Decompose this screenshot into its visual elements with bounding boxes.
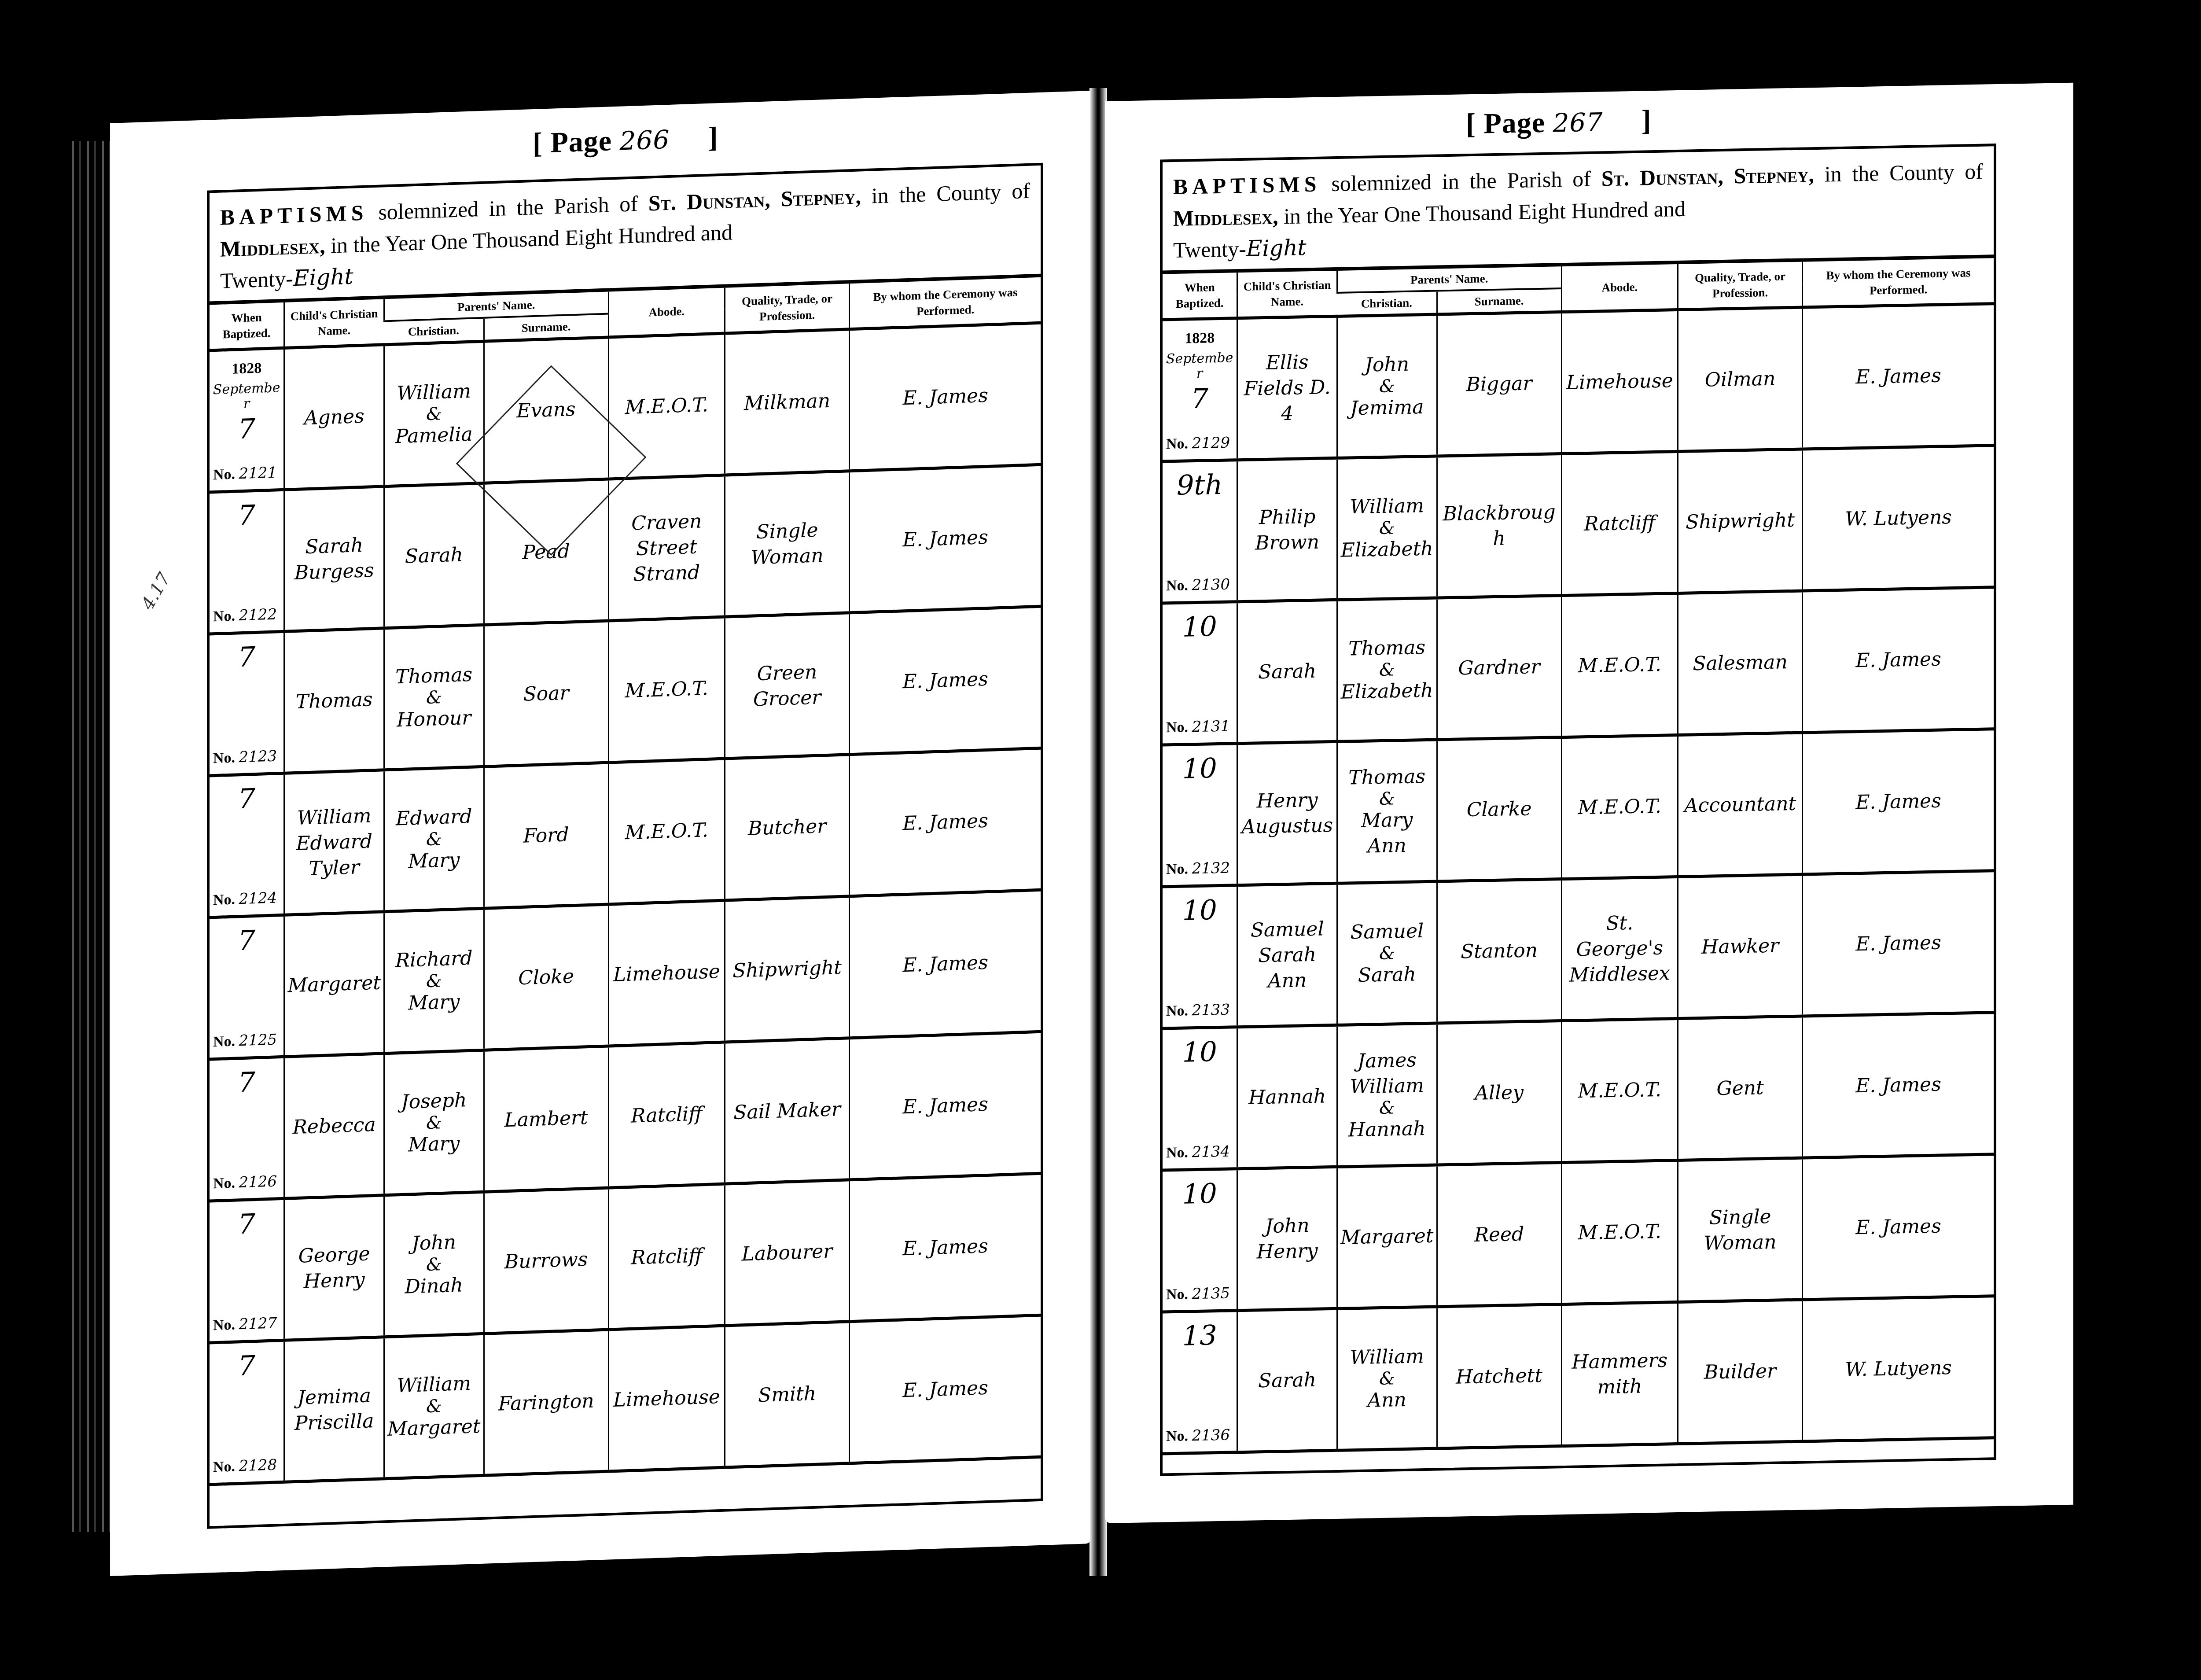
entry-number-value: 2134 [1192, 1143, 1230, 1161]
ampersand: & [386, 829, 482, 850]
cell-when: 7No. 2124 [210, 773, 284, 917]
cell-surname: Biggar [1437, 312, 1561, 456]
page-number-value: 267 [1553, 107, 1603, 138]
ampersand: & [386, 1396, 482, 1417]
entry-day: 7 [211, 1347, 282, 1385]
baptism-entry: 10No. 2131SarahThomas&ElizabethGardnerM.… [1163, 587, 1994, 745]
cell-when: 10No. 2132 [1163, 744, 1237, 887]
cell-by-whom: E. James [850, 606, 1041, 754]
page-label: [ Page [533, 125, 612, 159]
heading-year-handwritten: Eight [1246, 235, 1307, 262]
baptism-entry: 7No. 2126RebeccaJoseph&MaryLambertRatcli… [210, 1032, 1041, 1201]
entry-day: 10 [1164, 892, 1235, 928]
cell-by-whom: E. James [850, 464, 1041, 612]
entry-number: No. 2130 [1166, 572, 1230, 599]
ampersand: & [386, 1113, 482, 1133]
father-name: John [1365, 353, 1409, 376]
cell-when: 13No. 2136 [1163, 1311, 1237, 1454]
cell-when: 7No. 2127 [210, 1198, 284, 1343]
cell-surname: Pead [484, 479, 608, 625]
right-page: [ Page 267 ] BAPTISMS solemnized in the … [1105, 83, 2073, 1523]
baptism-entry: 7No. 2128Jemima PriscillaWilliam&Margare… [210, 1315, 1041, 1485]
col-quality: Quality, Trade, or Profession. [1678, 262, 1803, 310]
cell-when: 9thNo. 2130 [1163, 460, 1237, 603]
cell-child: John Henry [1237, 1167, 1337, 1310]
father-name: William [397, 379, 471, 405]
entry-day: 7 [211, 780, 282, 818]
entry-day: 7 [211, 1064, 282, 1101]
cell-surname: Blackbrough [1437, 454, 1561, 598]
cell-child: Henry Augustus [1237, 741, 1337, 885]
page-bracket: ] [708, 121, 718, 154]
cell-abode: M.E.O.T. [1561, 735, 1678, 879]
entry-number-value: 2135 [1192, 1285, 1230, 1303]
baptism-table: When Baptized. Child's Christian Name. P… [1163, 258, 1994, 1455]
heading-text: in the Year One Thousand Eight Hundred a… [1284, 196, 1686, 229]
cell-abode: Limehouse [1561, 310, 1678, 454]
entry-number-value: 2129 [1192, 434, 1230, 453]
entry-day: 10 [1164, 1034, 1235, 1070]
mother-name: Margaret [1340, 1224, 1433, 1249]
baptism-entry: 7No. 2127George HenryJohn&DinahBurrowsRa… [210, 1173, 1041, 1343]
register-table-right: BAPTISMS solemnized in the Parish of St.… [1160, 144, 1996, 1476]
cell-quality: Sail Maker [725, 1038, 850, 1184]
col-parents-surname: Surname. [484, 313, 608, 341]
entry-day: 10 [1164, 750, 1235, 787]
cell-surname: Hatchett [1437, 1304, 1561, 1448]
cell-when: 7No. 2123 [210, 631, 284, 776]
mother-name: Margaret [387, 1415, 480, 1441]
entry-number-value: 2132 [1192, 859, 1230, 878]
cell-surname: Stanton [1437, 879, 1561, 1023]
cell-quality: Single Woman [1678, 1158, 1803, 1302]
col-child-name: Child's Christian Name. [1237, 271, 1337, 318]
cell-parents-christian: William&Margaret [384, 1334, 484, 1479]
cell-quality: Shipwright [725, 896, 850, 1042]
entry-number: No. 2134 [1166, 1139, 1230, 1166]
baptism-entry: 10No. 2133Samuel Sarah AnnSamuel&SarahSt… [1163, 871, 1994, 1028]
father-name: Samuel [1350, 920, 1424, 943]
baptism-entry: 13No. 2136SarahWilliam&AnnHatchettHammer… [1163, 1296, 1994, 1454]
cell-when: 10No. 2134 [1163, 1027, 1237, 1170]
cell-parents-christian: James William&Hannah [1337, 1023, 1437, 1167]
baptism-entry: 1828September7No. 2129Ellis Fields D. 4J… [1163, 304, 1994, 461]
entry-number: No. 2133 [1166, 997, 1230, 1024]
entry-number-value: 2127 [239, 1314, 277, 1333]
cell-quality: Smith [725, 1322, 850, 1467]
left-page: [ Page 266 ] BAPTISMS solemnized in the … [110, 91, 1092, 1576]
entry-number-value: 2136 [1192, 1426, 1230, 1445]
entry-number: No. 2135 [1166, 1281, 1230, 1308]
mother-name: Mary Ann [1361, 808, 1413, 857]
cell-parents-christian: William&Ann [1337, 1307, 1437, 1450]
heading-text: in the [1825, 161, 1879, 186]
mother-name: Ann [1368, 1388, 1406, 1411]
heading-baptisms: BAPTISMS [220, 200, 368, 230]
mother-name: Elizabeth [1341, 679, 1433, 703]
entry-number-value: 2133 [1192, 1001, 1230, 1020]
entry-day: 9th [1164, 467, 1235, 503]
heading-text: in the Year One Thousand Eight Hundred a… [331, 220, 732, 258]
entry-number: No. 2122 [213, 601, 277, 630]
ampersand: & [386, 687, 482, 708]
cell-parents-christian: John&Dinah [384, 1192, 484, 1337]
heading-text: in the [872, 182, 926, 208]
heading-year-prefix: Twenty- [1173, 236, 1246, 262]
page-label: [ Page [1466, 107, 1545, 140]
cell-surname: Gardner [1437, 596, 1561, 740]
ampersand: & [386, 971, 482, 991]
ampersand: & [386, 404, 482, 424]
heading-county: Middlesex, [1173, 204, 1278, 231]
cell-child: Philip Brown [1237, 458, 1337, 601]
baptism-entry: 7No. 2124William Edward TylerEdward&Mary… [210, 748, 1041, 917]
cell-abode: Ratcliff [1561, 452, 1678, 596]
col-abode: Abode. [608, 288, 725, 337]
cell-abode: Craven Street Strand [608, 475, 725, 621]
page-bracket: ] [1642, 104, 1652, 136]
cell-child: Sarah [1237, 600, 1337, 743]
father-name: William [1350, 1345, 1424, 1369]
entry-day: 7 [211, 497, 282, 534]
baptism-entry: 10No. 2135John Henry&MargaretReedM.E.O.T… [1163, 1154, 1994, 1312]
cell-when: 10No. 2131 [1163, 602, 1237, 745]
entry-day: 13 [1164, 1317, 1235, 1354]
cell-abode: Limehouse [608, 900, 725, 1046]
ampersand: & [1340, 518, 1435, 538]
cell-abode: Ratcliff [608, 1184, 725, 1330]
cell-child: William Edward Tyler [284, 770, 384, 915]
cell-when: 7No. 2125 [210, 915, 284, 1059]
entry-number-value: 2121 [239, 464, 277, 483]
entry-number: No. 2126 [213, 1168, 277, 1197]
father-name: William [1350, 494, 1424, 518]
entry-number: No. 2132 [1166, 855, 1230, 883]
cell-by-whom: E. James [1803, 1154, 1994, 1300]
entry-number-value: 2131 [1192, 718, 1230, 736]
cell-quality: Shipwright [1678, 449, 1803, 593]
cell-child: Thomas [284, 628, 384, 774]
cell-by-whom: E. James [850, 1173, 1041, 1321]
cell-quality: Builder [1678, 1300, 1803, 1444]
entry-number: No. 2136 [1166, 1422, 1230, 1450]
cell-when: 10No. 2135 [1163, 1169, 1237, 1312]
cell-parents-christian: William&Pamelia [384, 341, 484, 486]
father-name: Joseph [401, 1089, 467, 1113]
cell-by-whom: E. James [850, 1032, 1041, 1179]
cell-quality: Butcher [725, 755, 850, 900]
cell-when: 1828September7No. 2121 [210, 348, 284, 492]
father-name: Thomas [395, 663, 472, 688]
heading-text: solemnized in the Parish of [1331, 166, 1590, 196]
cell-abode: M.E.O.T. [1561, 593, 1678, 737]
heading-parish: St. Dunstan, Stepney, [648, 184, 861, 215]
cell-when: 7No. 2126 [210, 1057, 284, 1201]
entry-day: 10 [1164, 608, 1235, 645]
mother-name: Pamelia [395, 423, 473, 448]
cell-surname: Reed [1437, 1163, 1561, 1307]
cell-surname: Ford [484, 763, 608, 908]
cell-parents-christian: Samuel&Sarah [1337, 881, 1437, 1025]
heading-baptisms: BAPTISMS [1173, 172, 1321, 199]
cell-parents-christian: &Sarah [384, 483, 484, 628]
cell-by-whom: E. James [1803, 587, 1994, 733]
col-quality: Quality, Trade, or Profession. [725, 284, 850, 333]
cell-quality: Gent [1678, 1016, 1803, 1160]
entry-day: 7 [211, 1205, 282, 1243]
entry-number: No. 2124 [213, 885, 277, 913]
entry-month: September [1164, 350, 1235, 382]
cell-child: Ellis Fields D. 4 [1237, 316, 1337, 460]
cell-parents-christian: Richard&Mary [384, 908, 484, 1054]
entry-number: No. 2127 [213, 1310, 277, 1338]
cell-parents-christian: Thomas&Elizabeth [1337, 598, 1437, 741]
mother-name: Sarah [1358, 963, 1416, 987]
baptism-entry: 7No. 2123ThomasThomas&HonourSoarM.E.O.T.… [210, 606, 1041, 776]
cell-quality: Single Woman [725, 471, 850, 617]
entry-day: 7 [211, 638, 282, 676]
entry-day: 7 [211, 922, 282, 959]
mother-name: Hannah [1348, 1117, 1426, 1141]
cell-parents-christian: William&Elizabeth [1337, 456, 1437, 600]
cell-child: Agnes [284, 345, 384, 490]
col-abode: Abode. [1561, 264, 1678, 312]
cell-when: 7No. 2122 [210, 490, 284, 634]
mother-name: Honour [397, 706, 471, 731]
heading-county: Middlesex, [220, 233, 325, 262]
entry-day: 7 [211, 410, 282, 448]
heading-text: County of [936, 178, 1030, 206]
cell-child: George Henry [284, 1195, 384, 1341]
page-number-right: [ Page 267 ] [1466, 104, 1652, 141]
baptism-entry: 1828September7No. 2121AgnesWilliam&Pamel… [210, 323, 1041, 492]
cell-abode: M.E.O.T. [1561, 1019, 1678, 1163]
col-by-whom: By whom the Ceremony was Performed. [1803, 258, 1994, 307]
cell-child: Jemima Priscilla [284, 1337, 384, 1482]
cell-child: Hannah [1237, 1025, 1337, 1168]
cell-when: 1828September7No. 2129 [1163, 318, 1237, 461]
mother-name: Sarah [405, 543, 463, 567]
cell-parents-christian: Joseph&Mary [384, 1050, 484, 1195]
col-when-baptized: When Baptized. [1163, 273, 1237, 320]
register-table-left: BAPTISMS solemnized in the Parish of St.… [207, 163, 1043, 1529]
cell-child: Sarah [1237, 1308, 1337, 1452]
cell-abode: St. George's Middlesex [1561, 877, 1678, 1021]
cell-abode: M.E.O.T. [608, 759, 725, 904]
cell-parents-christian: Edward&Mary [384, 766, 484, 912]
cell-quality: Labourer [725, 1180, 850, 1326]
cell-by-whom: W. Lutyens [1803, 1296, 1994, 1441]
col-by-whom: By whom the Ceremony was Performed. [850, 277, 1041, 329]
cell-surname: Alley [1437, 1021, 1561, 1165]
entry-number: No. 2125 [213, 1027, 277, 1055]
cell-abode: Limehouse [608, 1326, 725, 1471]
cell-surname: Evans [484, 337, 608, 483]
cell-child: Samuel Sarah Ann [1237, 883, 1337, 1027]
cell-by-whom: E. James [850, 323, 1041, 471]
entry-day: 10 [1164, 1175, 1235, 1212]
mother-name: Elizabeth [1341, 537, 1433, 561]
entry-number: No. 2129 [1166, 430, 1230, 457]
cell-quality: Salesman [1678, 591, 1803, 735]
cell-abode: Ratcliff [608, 1042, 725, 1188]
cell-parents-christian: John&Jemima [1337, 314, 1437, 458]
cell-surname: Lambert [484, 1046, 608, 1192]
mother-name: Dinah [405, 1274, 463, 1298]
page-number-value: 266 [620, 125, 670, 156]
baptism-entry: 7No. 2125MargaretRichard&MaryClokeLimeho… [210, 890, 1041, 1059]
cell-quality: Milkman [725, 329, 850, 475]
entry-number-value: 2123 [239, 747, 277, 766]
cell-parents-christian: Thomas&Mary Ann [1337, 740, 1437, 883]
baptism-entry: 7No. 2122Sarah Burgess&SarahPeadCraven S… [210, 464, 1041, 634]
father-name: James William [1350, 1049, 1424, 1098]
baptism-entry: 10No. 2134HannahJames William&HannahAlle… [1163, 1013, 1994, 1170]
mother-name: Jemima [1350, 396, 1424, 420]
cell-by-whom: E. James [1803, 304, 1994, 449]
mother-name: Mary [408, 848, 460, 873]
baptism-entry: 10No. 2132Henry AugustusThomas&Mary AnnC… [1163, 729, 1994, 887]
entry-number: No. 2121 [213, 460, 277, 488]
ampersand: & [1340, 1369, 1435, 1388]
cell-quality: Hawker [1678, 874, 1803, 1018]
entry-number-value: 2125 [239, 1031, 277, 1050]
entry-day: 7 [1164, 380, 1235, 417]
entry-number: No. 2131 [1166, 714, 1230, 741]
entry-year: 1828 [211, 355, 282, 383]
heading-text: solemnized in the Parish of [378, 191, 637, 225]
cell-when: 10No. 2133 [1163, 885, 1237, 1028]
cell-when: 7No. 2128 [210, 1340, 284, 1485]
entry-number-value: 2124 [239, 889, 277, 908]
father-name: Thomas [1348, 636, 1425, 660]
cell-child: Sarah Burgess [284, 486, 384, 632]
ampersand: & [386, 1254, 482, 1275]
cell-abode: M.E.O.T. [608, 617, 725, 763]
cell-by-whom: E. James [1803, 729, 1994, 874]
cell-surname: Burrows [484, 1188, 608, 1334]
father-name: John [412, 1231, 456, 1254]
heading-year-handwritten: Eight [293, 264, 353, 291]
ampersand: & [1340, 789, 1435, 808]
col-parents-christian: Christian. [1337, 291, 1437, 317]
father-name: Richard [395, 947, 473, 972]
ampersand: & [1340, 943, 1435, 963]
ampersand: & [1340, 660, 1435, 679]
col-child-name: Child's Christian Name. [284, 299, 384, 348]
heading-text: County of [1889, 159, 1983, 185]
cell-by-whom: E. James [1803, 871, 1994, 1016]
heading-parish: St. Dunstan, Stepney, [1601, 162, 1814, 191]
cell-surname: Soar [484, 621, 608, 766]
cell-parents-christian: Thomas&Honour [384, 625, 484, 770]
col-when-baptized: When Baptized. [210, 302, 284, 350]
cell-surname: Clarke [1437, 737, 1561, 881]
cell-child: Rebecca [284, 1054, 384, 1199]
cell-surname: Farington [484, 1330, 608, 1475]
entry-year: 1828 [1164, 325, 1235, 352]
cell-parents-christian: &Margaret [1337, 1165, 1437, 1308]
baptism-entry: 9thNo. 2130Philip BrownWilliam&Elizabeth… [1163, 446, 1994, 603]
ampersand: & [1340, 1098, 1435, 1117]
father-name: Edward [396, 805, 472, 830]
father-name: William [397, 1372, 471, 1397]
cell-abode: Hammersmith [1561, 1302, 1678, 1446]
entry-month: September [211, 380, 282, 413]
mother-name: Mary [408, 1132, 460, 1156]
entry-number: No. 2123 [213, 743, 277, 771]
register-heading: BAPTISMS solemnized in the Parish of St.… [1163, 146, 1994, 274]
cell-quality: Green Grocer [725, 613, 850, 759]
cell-abode: M.E.O.T. [608, 333, 725, 479]
cell-child: Margaret [284, 912, 384, 1057]
cell-quality: Oilman [1678, 307, 1803, 451]
ampersand: & [1340, 376, 1435, 396]
col-parents-surname: Surname. [1437, 288, 1561, 314]
cell-surname: Cloke [484, 904, 608, 1050]
cell-by-whom: W. Lutyens [1803, 446, 1994, 591]
page-number-left: [ Page 266 ] [533, 121, 718, 160]
cell-by-whom: E. James [850, 748, 1041, 896]
book-gutter [1089, 88, 1107, 1576]
father-name: Thomas [1348, 765, 1425, 789]
cell-abode: M.E.O.T. [1561, 1161, 1678, 1304]
entry-number-value: 2128 [239, 1456, 277, 1475]
mother-name: Mary [408, 990, 460, 1014]
entry-number: No. 2128 [213, 1452, 277, 1480]
cell-by-whom: E. James [850, 890, 1041, 1038]
heading-year-prefix: Twenty- [220, 266, 293, 293]
cell-by-whom: E. James [850, 1315, 1041, 1463]
entry-number-value: 2130 [1192, 576, 1230, 594]
cell-by-whom: E. James [1803, 1013, 1994, 1158]
entry-number-value: 2122 [239, 605, 277, 624]
cell-quality: Accountant [1678, 733, 1803, 877]
col-parents-christian: Christian. [384, 318, 484, 345]
baptism-table: When Baptized. Child's Christian Name. P… [210, 277, 1041, 1486]
entry-number-value: 2126 [239, 1172, 277, 1191]
